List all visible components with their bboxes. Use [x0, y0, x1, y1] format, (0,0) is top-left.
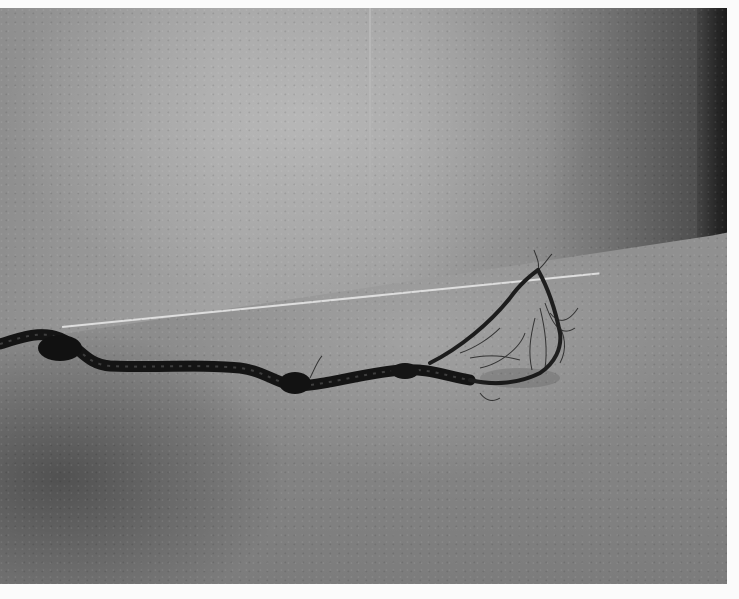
photograph [0, 8, 727, 584]
frayed-rope [0, 8, 727, 584]
